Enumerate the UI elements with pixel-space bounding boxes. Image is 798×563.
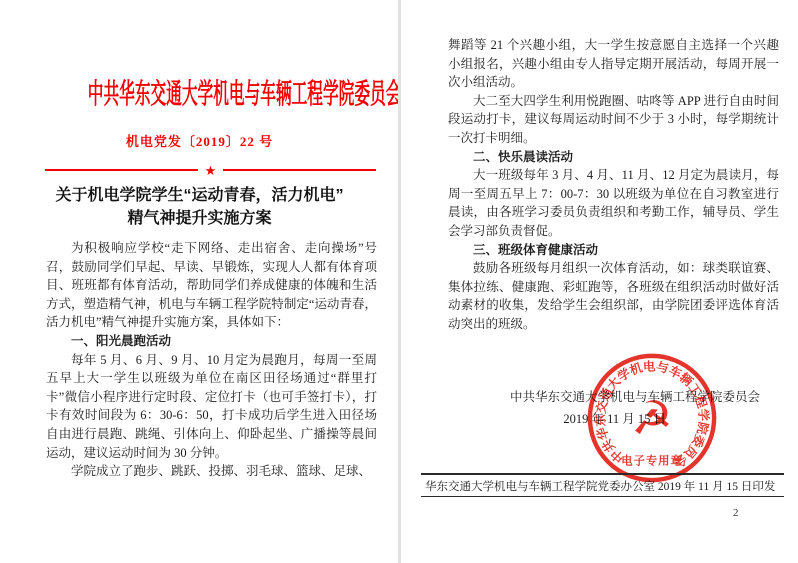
header-divider: ★ <box>45 163 376 177</box>
paragraph-clubs-start: 学院成立了跑步、跳跃、投掷、羽毛球、篮球、足球、 <box>46 462 377 481</box>
document-title: 关于机电学院学生“运动青春，活力机电” 精气神提升实施方案 <box>0 184 399 230</box>
hammer-sickle-icon: ☭ <box>631 391 673 445</box>
document-title-line2: 精气神提升实施方案 <box>0 207 399 230</box>
paragraph-intro: 为积极响应学校“走下网络、走出宿舍、走向操场”号召，鼓励同学们早起、早读、早锻炼… <box>46 239 377 332</box>
seal-bottom-text: 电子专用章 <box>621 453 683 467</box>
document-spread: 中共华东交通大学机电与车辆工程学院委员会文件 机电党发〔2019〕22 号 ★ … <box>0 0 798 563</box>
paragraph-class-sport: 鼓励各班级每月组织一次体育活动，如：球类联谊赛、集体拉练、健康跑、彩虹跑等，各班… <box>448 259 779 333</box>
paragraph-app-checkin: 大二至大四学生利用悦跑圈、咕咚等 APP 进行自由时间段运动打卡，建议每周运动时… <box>448 92 779 148</box>
doc-number: 机电党发〔2019〕22 号 <box>0 131 399 150</box>
page-1-body: 为积极响应学校“走下网络、走出宿舍、走向操场”号召，鼓励同学们早起、早读、早锻炼… <box>46 239 377 481</box>
paragraph-morning-run: 每年 5 月、6 月、9 月、10 月定为晨跑月，每周一至周五早上大一学生以班级… <box>46 351 377 463</box>
paragraph-clubs-continued: 舞蹈等 21 个兴趣小组，大一学生按意愿自主选择一个兴趣小组报名，兴趣小组由专人… <box>448 36 779 92</box>
paragraph-morning-reading: 大一班级每年 3 月、4 月、11 月、12 月定为晨读月，每周一至周五早上 7… <box>448 166 779 240</box>
section-heading-1: 一、阳光晨跑活动 <box>46 332 377 351</box>
page-1: 中共华东交通大学机电与车辆工程学院委员会文件 机电党发〔2019〕22 号 ★ … <box>0 0 399 563</box>
header-org-title: 中共华东交通大学机电与车辆工程学院委员会文件 <box>88 72 311 112</box>
page-number: 2 <box>733 507 739 519</box>
divider-line-right <box>223 169 376 171</box>
star-icon: ★ <box>205 164 217 177</box>
page-2-body: 舞蹈等 21 个兴趣小组，大一学生按意愿自主选择一个兴趣小组报名，兴趣小组由专人… <box>448 36 779 334</box>
imprint-text: 华东交通大学机电与车辆工程学院党委办公室 2019 年 11 月 15 日印发 <box>421 475 784 497</box>
section-heading-3: 三、班级体育健康活动 <box>448 241 779 260</box>
divider-line-left <box>45 169 198 171</box>
page-2: 舞蹈等 21 个兴趣小组，大一学生按意愿自主选择一个兴趣小组报名，兴趣小组由专人… <box>401 0 798 563</box>
imprint-footer: 华东交通大学机电与车辆工程学院党委办公室 2019 年 11 月 15 日印发 <box>421 473 784 497</box>
official-seal: 中共华东交通大学机电与车辆工程学院委员会 ☭ 电子专用章 <box>583 349 721 487</box>
document-title-line1: 关于机电学院学生“运动青春，活力机电” <box>0 184 399 207</box>
section-heading-2: 二、快乐晨读活动 <box>448 148 779 167</box>
